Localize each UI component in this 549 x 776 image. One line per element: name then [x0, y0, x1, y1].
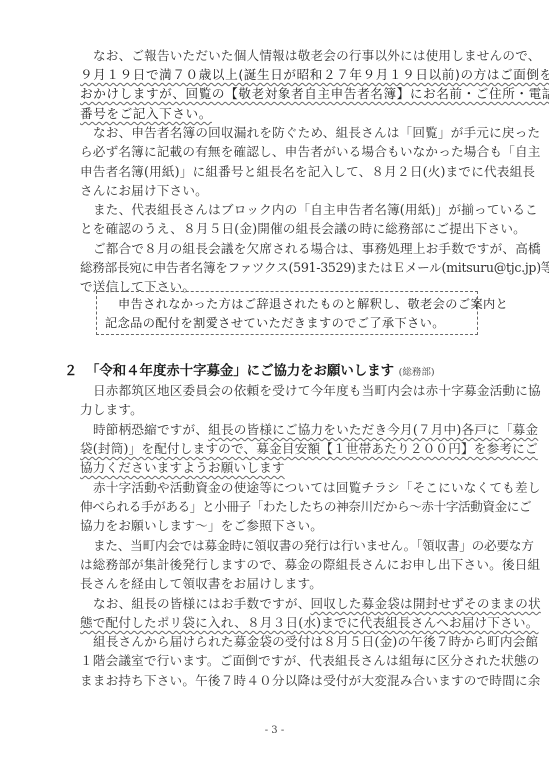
paragraph-line: ら必ず名簿に記載の有無を確認し、申告者がいる場合もいなかった場合も「自主	[80, 142, 505, 161]
paragraph-line: 力します。	[80, 400, 505, 419]
notice-line-1: 申告されなかった方はご辞退されたものと解釈し、敬老会のご案内と	[118, 295, 508, 313]
paragraph-line: 申告者名簿(用紙)」に組番号と組長名を記入して、８月２日(火)までに代表組長	[80, 162, 505, 181]
section-number: ２	[64, 362, 86, 381]
paragraph-line: ご都合で８月の組長会議を欠席される場合は、事務処理上お手数ですが、高橋	[93, 239, 505, 258]
paragraph-line: ままお持ち下さい。午後７時４０分以降は受付が大変混み合いますので時間に余	[80, 671, 505, 690]
wavy-highlight: 組長の皆様にご協力をいただき今月(７月中)各戸に「募金	[208, 422, 538, 437]
paragraph-line: なお、申告者名簿の回収漏れを防ぐため、組長さんは「回覧」が手元に戻った	[93, 123, 505, 142]
paragraph-line: は総務部が集計後発行しますので、募金の際組長さんにお申し出下さい。後日組	[80, 555, 505, 574]
section-2-heading: ２「令和４年度赤十字募金」にご協力をお願いします (総務部)	[64, 362, 435, 382]
document-page: なお、ご報告いただいた個人情報は敬老会の行事以外には使用しませんので、 ９月１９…	[0, 0, 549, 776]
highlighted-line: 態で配付したポリ袋に入れ、８月３日(水)までに代表組長さんへお届け下さい。	[80, 613, 505, 632]
paragraph-line: 組長さんから届けられた募金袋の受付は８月５日(金)の午後７時から町内会館	[93, 632, 505, 651]
paragraph-line: さんにお届け下さい。	[80, 181, 505, 200]
paragraph-line: 日赤都筑区地区委員会の依頼を受けて今年度も当町内会は赤十字募金活動に協	[93, 381, 505, 400]
paragraph-line: とを確認のうえ、８月５日(金)開催の組長会議の時に総務部にご提出下さい。	[80, 219, 505, 238]
highlighted-line: 協力くださいますようお願いします	[80, 458, 505, 477]
paragraph-line: また、代表組長さんはブロック内の「自主申告者名簿(用紙)」が揃っているこ	[93, 200, 505, 219]
paragraph-line: １階会議室で行います。ご面倒ですが、代表組長さんは組毎に区分された状態の	[80, 651, 505, 670]
highlighted-line: 袋(封筒)」を配付しますので、募金目安額【１世帯あたり２００円】を参考にご	[80, 439, 505, 458]
paragraph-line: 時節柄恐縮ですが、組長の皆様にご協力をいただき今月(７月中)各戸に「募金	[93, 420, 505, 439]
paragraph-line: 長さんを経由して領収書をお届けします。	[80, 574, 505, 593]
notice-line-2: 記念品の配付を割愛させていただきますのでご了承下さい。	[105, 314, 445, 332]
page-number: - 3 -	[0, 725, 549, 736]
highlighted-line: おかけしますが、回覧の【敬老対象者自主申告者名簿】にお名前・ご住所・電話	[80, 84, 505, 103]
paragraph-line: なお、組長の皆様にはお手数ですが、回収した募金袋は開封せずそのままの状	[93, 594, 505, 613]
highlighted-line: 番号をご記入下さい。	[80, 104, 505, 123]
highlighted-line: ９月１９日で満７０歳以上(誕生日が昭和２７年９月１９日以前)の方はご面倒を	[80, 65, 505, 84]
paragraph-line: なお、ご報告いただいた個人情報は敬老会の行事以外には使用しませんので、	[93, 46, 505, 65]
department-label: (総務部)	[399, 367, 435, 378]
paragraph-line: 協力をお願いします～」をご参照下さい。	[80, 516, 505, 535]
paragraph-line: 総務部長宛に申告者名簿をファツクス(591-3529)またはＥメール(mitsu…	[80, 258, 505, 277]
paragraph-line: また、当町内会では募金時に領収書の発行は行いません。「領収書」の必要な方	[93, 536, 505, 555]
paragraph-line: 赤十字活動や活動資金の使途等については回覧チラシ「そこにいなくても差し	[93, 478, 505, 497]
paragraph-line: 伸べられる手がある」と小冊子「わたしたちの神奈川だから～赤十字活動資金にご	[80, 497, 505, 516]
wavy-highlight: 回収した募金袋は開封せずそのままの状	[311, 596, 541, 611]
section-title: 「令和４年度赤十字募金」にご協力をお願いします	[86, 364, 394, 379]
